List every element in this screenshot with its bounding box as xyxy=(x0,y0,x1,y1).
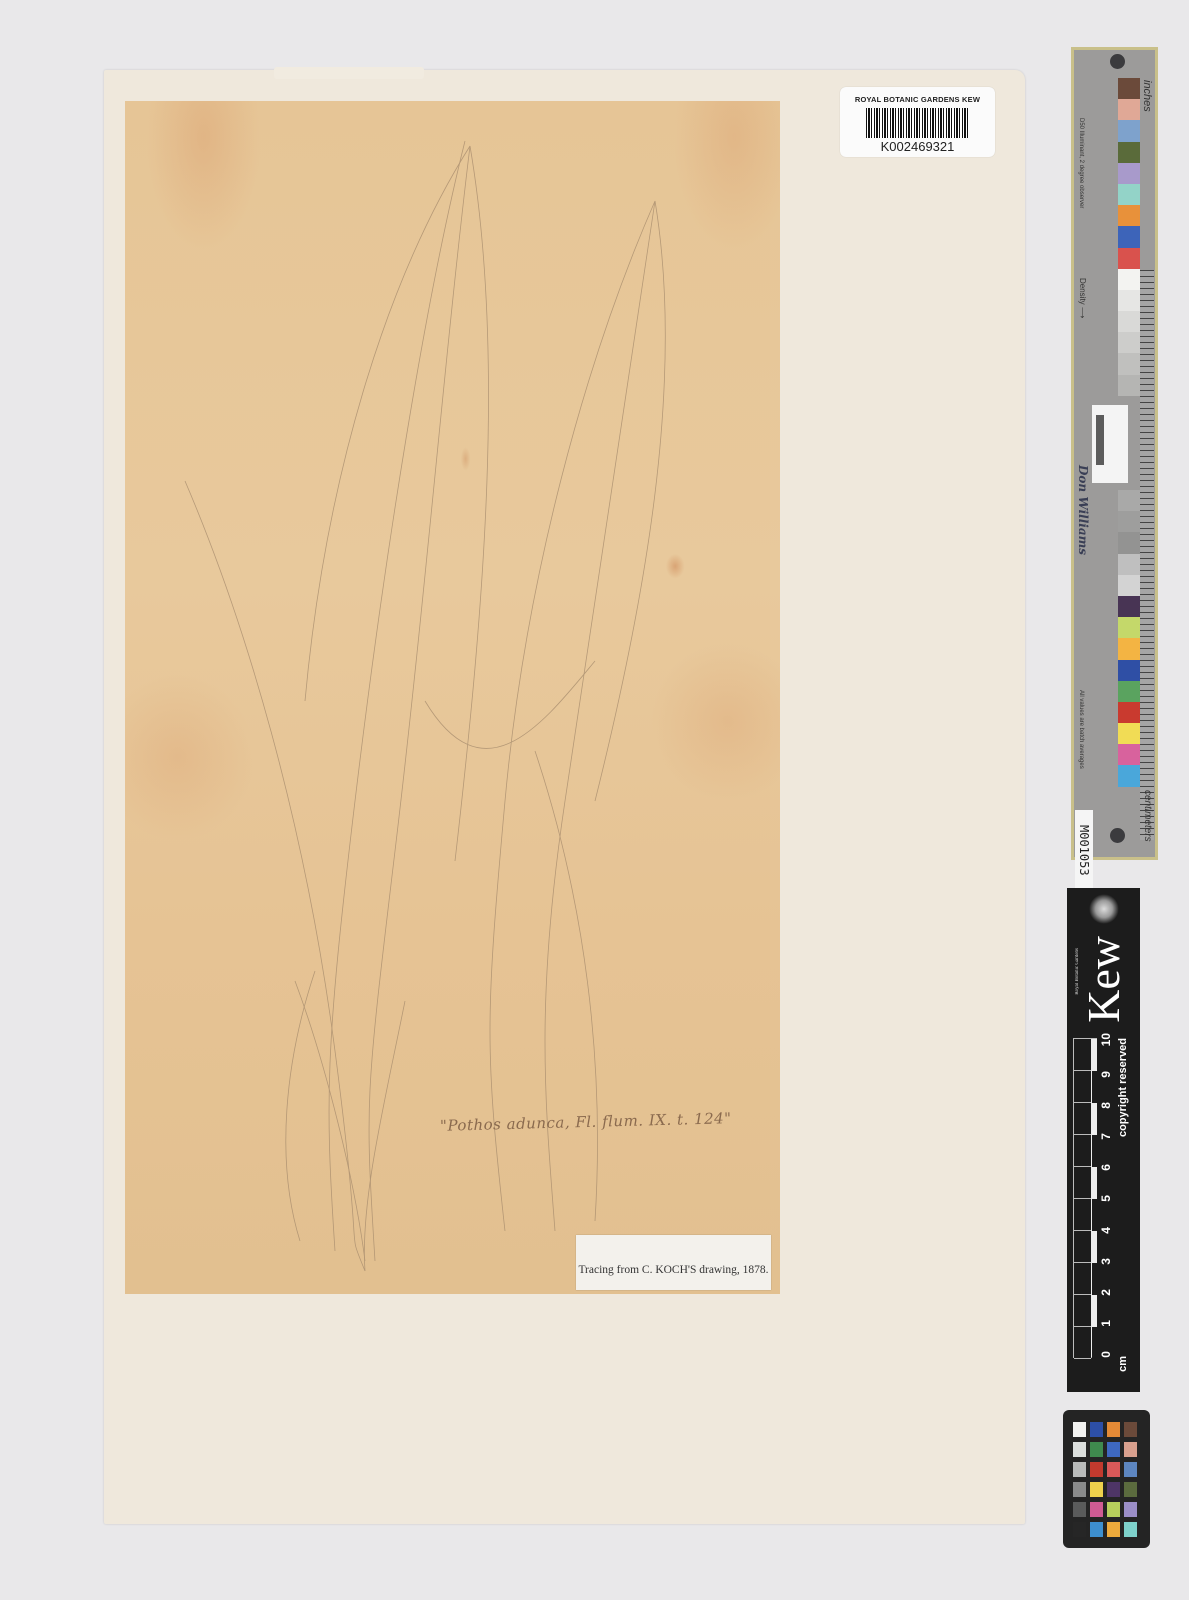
scale-number: 7 xyxy=(1099,1133,1113,1140)
cm-tick xyxy=(1092,1295,1097,1327)
cm-block xyxy=(1074,1231,1091,1263)
scale-number: 4 xyxy=(1099,1227,1113,1234)
color-swatch xyxy=(1073,1462,1086,1477)
kew-logo: Kew xyxy=(1081,936,1127,1023)
cm-tick xyxy=(1092,1135,1097,1167)
barcode-label: ROYAL BOTANIC GARDENS KEW K002469321 xyxy=(840,87,995,157)
mount-hole-icon xyxy=(1110,828,1125,843)
cm-tick xyxy=(1092,1231,1097,1263)
color-patch xyxy=(1118,248,1140,269)
color-patch xyxy=(1118,596,1140,617)
cm-block xyxy=(1074,1135,1091,1167)
color-patch xyxy=(1118,744,1140,765)
averages-note: All values are batch averages xyxy=(1078,690,1084,769)
color-swatch xyxy=(1124,1522,1137,1537)
unit-label: cm xyxy=(1117,1356,1129,1372)
color-checker-card xyxy=(1063,1410,1150,1548)
color-swatch xyxy=(1107,1502,1120,1517)
scale-numbers: 012345678910 xyxy=(1099,1033,1113,1358)
cm-block xyxy=(1074,1199,1091,1231)
color-patch xyxy=(1118,290,1140,311)
color-patch xyxy=(1118,681,1140,702)
color-ruler-card: inches centimeters D50 Illuminant, 2 deg… xyxy=(1071,47,1158,860)
color-patch xyxy=(1118,184,1140,205)
kew-crest-icon xyxy=(1089,894,1119,924)
color-patch xyxy=(1118,205,1140,226)
ruler-serial: M001053 xyxy=(1075,810,1093,890)
scale-number: 2 xyxy=(1099,1289,1113,1296)
cm-tick xyxy=(1092,1167,1097,1199)
color-patch xyxy=(1118,332,1140,353)
color-patch xyxy=(1118,99,1140,120)
institution-name: ROYAL BOTANIC GARDENS KEW xyxy=(840,95,995,104)
color-patch xyxy=(1118,575,1140,596)
color-swatch xyxy=(1073,1442,1086,1457)
scale-number: 9 xyxy=(1099,1071,1113,1078)
color-swatch xyxy=(1073,1522,1086,1537)
scale-number: 8 xyxy=(1099,1102,1113,1109)
color-swatch xyxy=(1124,1422,1137,1437)
cm-block xyxy=(1074,1039,1091,1071)
cm-tick xyxy=(1092,1103,1097,1135)
color-swatch xyxy=(1073,1502,1086,1517)
observer-note: D50 Illuminant, 2 degree observer xyxy=(1078,118,1084,208)
color-patch xyxy=(1118,660,1140,681)
color-swatch xyxy=(1090,1462,1103,1477)
cm-block xyxy=(1074,1071,1091,1103)
color-swatch xyxy=(1124,1482,1137,1497)
color-patch xyxy=(1118,269,1140,290)
color-patch xyxy=(1118,163,1140,184)
tracing-source-label: Tracing from C. KOCH'S drawing, 1878. xyxy=(576,1235,771,1290)
color-checker-grid xyxy=(1073,1422,1137,1537)
color-patch xyxy=(1118,142,1140,163)
centimeters-label: centimeters xyxy=(1142,790,1153,842)
color-swatch xyxy=(1090,1482,1103,1497)
color-patch xyxy=(1118,702,1140,723)
color-swatch xyxy=(1124,1442,1137,1457)
color-patch-column xyxy=(1118,78,1140,396)
density-label: Density ⟶ xyxy=(1078,278,1087,318)
color-swatch xyxy=(1124,1502,1137,1517)
cm-tick xyxy=(1092,1263,1097,1295)
copyright-label: copyright reserved xyxy=(1117,1038,1129,1137)
color-patch xyxy=(1118,78,1140,99)
cm-tick xyxy=(1092,1327,1097,1359)
density-target xyxy=(1092,405,1128,483)
scale-number: 5 xyxy=(1099,1195,1113,1202)
scale-number: 3 xyxy=(1099,1258,1113,1265)
tracing-source-text: Tracing from C. KOCH'S drawing, 1878. xyxy=(578,1264,768,1276)
color-swatch xyxy=(1090,1522,1103,1537)
cm-block xyxy=(1074,1167,1091,1199)
barcode-icon xyxy=(866,108,969,138)
color-swatch xyxy=(1107,1522,1120,1537)
color-swatch xyxy=(1073,1422,1086,1437)
color-swatch xyxy=(1073,1482,1086,1497)
color-patch xyxy=(1118,490,1140,511)
color-patch xyxy=(1118,532,1140,553)
color-patch xyxy=(1118,554,1140,575)
color-swatch xyxy=(1124,1462,1137,1477)
scale-number: 10 xyxy=(1099,1033,1113,1046)
color-patch xyxy=(1118,765,1140,786)
color-patch xyxy=(1118,226,1140,247)
kew-scale-bar: Royal Botanic Gardens Kew 012345678910 c… xyxy=(1067,888,1140,1392)
ruler-brand: Don Williams xyxy=(1076,465,1090,555)
barcode-number: K002469321 xyxy=(840,139,995,154)
color-swatch xyxy=(1107,1482,1120,1497)
cm-block xyxy=(1074,1103,1091,1135)
sheet-fold xyxy=(274,67,424,79)
color-patch xyxy=(1118,617,1140,638)
color-patch xyxy=(1118,353,1140,374)
color-swatch xyxy=(1107,1442,1120,1457)
color-swatch xyxy=(1090,1422,1103,1437)
color-swatch xyxy=(1107,1422,1120,1437)
grey-patch-column xyxy=(1118,490,1140,787)
cm-tick xyxy=(1092,1199,1097,1231)
mount-hole-icon xyxy=(1110,54,1125,69)
scale-number: 1 xyxy=(1099,1320,1113,1327)
color-swatch xyxy=(1090,1502,1103,1517)
color-patch xyxy=(1118,638,1140,659)
color-patch xyxy=(1118,375,1140,396)
ruler-scale xyxy=(1140,270,1154,840)
cm-block xyxy=(1074,1295,1091,1327)
color-patch xyxy=(1118,511,1140,532)
color-patch xyxy=(1118,723,1140,744)
color-swatch xyxy=(1090,1442,1103,1457)
cm-tick xyxy=(1092,1039,1097,1071)
tracing-paper: "Pothos adunca, Fl. flum. IX. t. 124" Tr… xyxy=(125,101,780,1294)
cm-block xyxy=(1074,1263,1091,1295)
color-patch xyxy=(1118,311,1140,332)
color-swatch xyxy=(1107,1462,1120,1477)
cm-tick xyxy=(1092,1071,1097,1103)
cm-block xyxy=(1074,1327,1091,1359)
color-patch xyxy=(1118,120,1140,141)
cm-scale xyxy=(1073,1038,1097,1358)
scale-number: 6 xyxy=(1099,1164,1113,1171)
scale-number: 0 xyxy=(1099,1351,1113,1358)
inches-label: inches xyxy=(1141,80,1153,112)
